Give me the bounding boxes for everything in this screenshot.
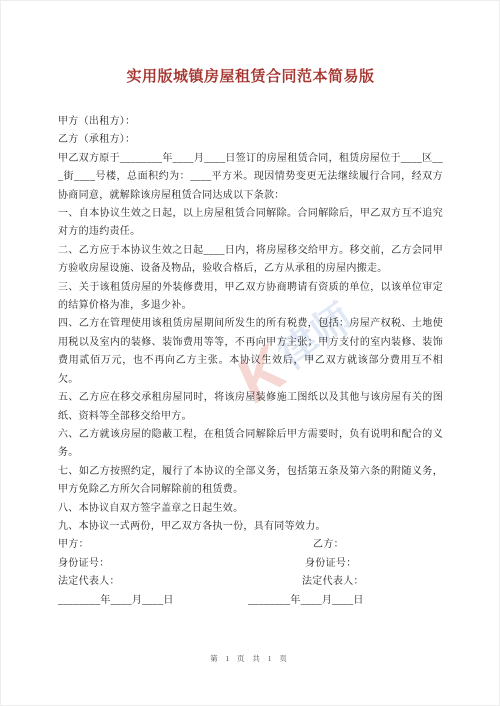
signature-row-representative: 法定代表人： 法定代表人： bbox=[58, 573, 443, 591]
clause-4: 四、乙方在管理使用该租赁房屋期间所发生的所有税费，包括：房屋产权税、土地使用税以… bbox=[58, 315, 443, 389]
clause-3: 三、关于该租赁房屋的外装修费用，甲乙双方协商聘请有资质的单位，以该单位审定的结算… bbox=[58, 279, 443, 316]
document-page: K 律师 实用版城镇房屋租赁合同范本简易版 甲方（出租方）： 乙方（承租方）： … bbox=[0, 0, 500, 706]
clause-6: 六、乙方就该房屋的隐蔽工程，在租赁合同解除后甲方需要时，负有说明和配合的义务。 bbox=[58, 426, 443, 463]
preamble-paragraph: 甲乙双方原于________年____月____日签订的房屋租赁合同，租赁房屋位… bbox=[58, 150, 443, 205]
party-a-line: 甲方（出租方）： bbox=[58, 113, 443, 131]
party-b-id-label: 身份证号： bbox=[305, 555, 357, 573]
party-a-date-line: ________年____月____日 bbox=[58, 595, 174, 606]
party-b-date-line: ________年____月____日 bbox=[248, 592, 364, 610]
clause-1: 一、自本协议生效之日起，以上房屋租赁合同解除。合同解除后，甲乙双方互不追究对方的… bbox=[58, 205, 443, 242]
party-a-signature-label: 甲方： bbox=[58, 539, 89, 550]
party-a-id-label: 身份证号： bbox=[58, 558, 110, 569]
party-b-signature-label: 乙方： bbox=[313, 536, 344, 554]
signature-row-party: 甲方： 乙方： bbox=[58, 536, 443, 554]
clause-9: 九、本协议一式两份，甲乙双方各执一份，具有同等效力。 bbox=[58, 518, 443, 536]
clause-2: 二、乙方应于本协议生效之日起____日内，将房屋移交给甲方。移交前，乙方会同甲方… bbox=[58, 242, 443, 279]
clause-5: 五、乙方应在移交承租房屋同时，将该房屋装修施工图纸以及其他与该房屋有关的图纸、资… bbox=[58, 389, 443, 426]
page-number-footer: 第 1 页 共 1 页 bbox=[1, 653, 499, 664]
party-b-line: 乙方（承租方）： bbox=[58, 131, 443, 149]
party-a-representative-label: 法定代表人： bbox=[58, 576, 120, 587]
party-b-representative-label: 法定代表人： bbox=[302, 573, 364, 591]
document-title: 实用版城镇房屋租赁合同范本简易版 bbox=[58, 65, 443, 86]
signature-row-date: ________年____月____日 ________年____月____日 bbox=[58, 592, 443, 610]
clause-7: 七、如乙方按照约定，履行了本协议的全部义务，包括第五条及第六条的附随义务，甲方免… bbox=[58, 463, 443, 500]
clause-8: 八、本协议自双方签字盖章之日起生效。 bbox=[58, 500, 443, 518]
document-content: 实用版城镇房屋租赁合同范本简易版 甲方（出租方）： 乙方（承租方）： 甲乙双方原… bbox=[58, 1, 443, 610]
signature-row-id: 身份证号： 身份证号： bbox=[58, 555, 443, 573]
